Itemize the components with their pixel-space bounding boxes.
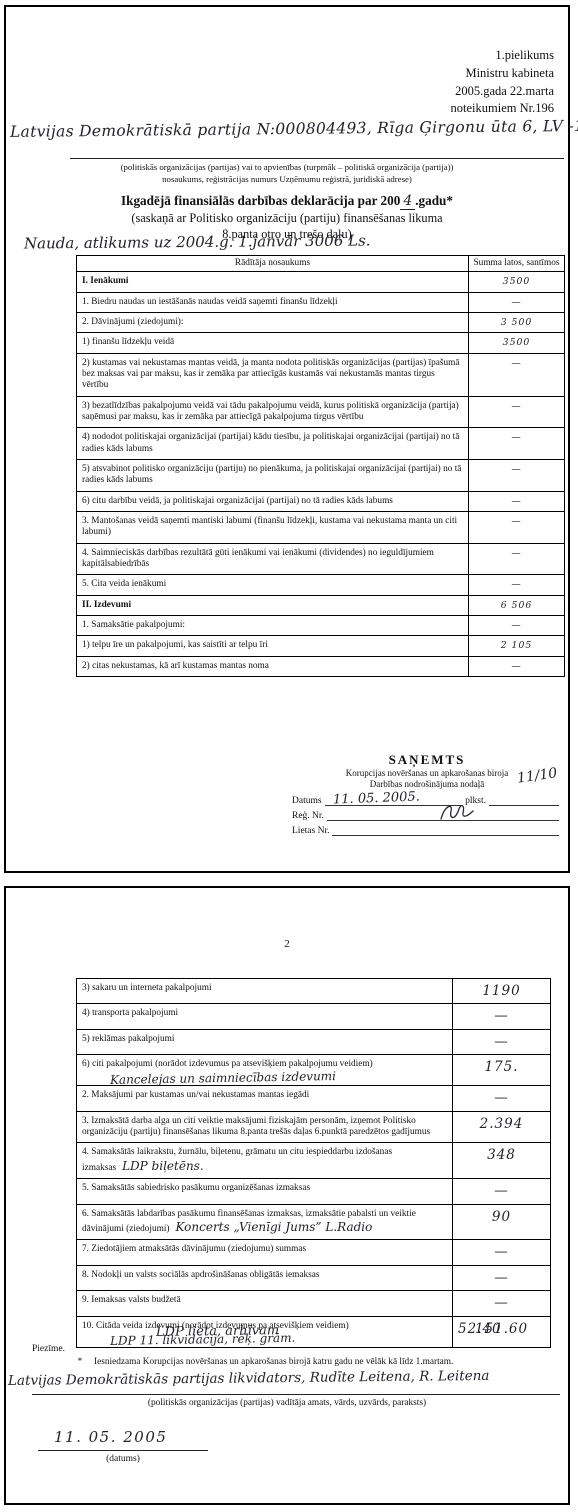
row-value-handwritten: 6 506: [469, 595, 565, 615]
stamp-reg-label: Reģ. Nr.: [292, 811, 324, 821]
footnote: *Iesniedzama Korupcijas novēršanas un ap…: [66, 1357, 548, 1367]
table-row: 1. Biedru naudas un iestāšanās naudas ve…: [77, 292, 565, 312]
row-label: 9. Iemaksas valsts budžetā: [77, 1291, 453, 1316]
table-row: 4. Saimnieciskās darbības rezultātā gūti…: [77, 543, 565, 575]
row-label: 4. Samaksātās laikrakstu, žurnālu, biļet…: [77, 1143, 453, 1179]
table-row: 5. Samaksātās sabiedrisko pasākumu organ…: [77, 1179, 551, 1204]
row-value-handwritten: —: [453, 1029, 551, 1054]
row-label: 5) reklāmas pakalpojumi: [77, 1029, 453, 1054]
stamp-title: SAŅEMTS: [292, 752, 562, 768]
table-row: 1) finanšu līdzekļu veidā3500: [77, 333, 565, 353]
row-value-handwritten: —: [469, 396, 565, 428]
row-value-handwritten: 3500: [469, 272, 565, 292]
table-row: 2. Dāvinājumi (ziedojumi):3 500: [77, 312, 565, 332]
row-value-handwritten: —: [453, 1265, 551, 1290]
row-note-handwritten: Kancelejas un saimniecības izdevumi: [110, 1067, 447, 1088]
table-row: 4. Samaksātās laikrakstu, žurnālu, biļet…: [77, 1143, 551, 1179]
declaration-page-1: 1.pielikums Ministru kabineta 2005.gada …: [4, 5, 570, 873]
table-row: 4) transporta pakalpojumi—: [77, 1004, 551, 1029]
table-row: 4) nododot politiskajai organizācijai (p…: [77, 428, 565, 460]
org-field-caption: (politiskās organizācijas (partijas) vai…: [6, 162, 568, 173]
row-label: 8. Nodokļi un valsts sociālās apdrošināš…: [77, 1265, 453, 1290]
table-row: 1. Samaksātie pakalpojumi:—: [77, 615, 565, 635]
signature-underline: [32, 1394, 560, 1395]
row-value-handwritten: —: [469, 459, 565, 491]
signature-squiggle-icon: [437, 801, 477, 823]
header-line: Ministru kabineta: [451, 65, 554, 83]
regulation-reference: 1.pielikums Ministru kabineta 2005.gada …: [451, 47, 554, 118]
table-row: 3) bezatlīdzības pakalpojumu veidā vai t…: [77, 396, 565, 428]
row-label: 6. Samaksātās labdarības pasākumu finans…: [77, 1204, 453, 1240]
row-label: 1) finanšu līdzekļu veidā: [77, 333, 469, 353]
table-row: 5) atsvabinot politisko organizāciju (pa…: [77, 459, 565, 491]
row-label: I. Ienākumi: [77, 272, 469, 292]
row-note-handwritten: Koncerts „Vienīgi Jums” L.Radio: [176, 1220, 373, 1234]
row-value-handwritten: —: [453, 1004, 551, 1029]
date-caption: (datums): [38, 1454, 208, 1464]
header-line: 1.pielikums: [451, 47, 554, 65]
stamp-date-label: Datums: [292, 796, 322, 806]
row-value-handwritten: —: [469, 428, 565, 460]
row-value-handwritten: —: [469, 511, 565, 543]
declaration-table-page1: Rādītāja nosaukums Summa latos, santīmos…: [76, 255, 565, 677]
stamp-date-handwritten: 11. 05. 2005.: [332, 789, 419, 807]
declaration-subtitle: (saskaņā ar Politisko organizāciju (part…: [6, 211, 568, 226]
row-label: 2) kustamas vai nekustamas mantas veidā,…: [77, 353, 469, 396]
org-name-handwritten: Latvijas Demokrātiskā partija N:00080449…: [10, 117, 568, 141]
row-label: 1. Samaksātie pakalpojumi:: [77, 615, 469, 635]
signature-handwritten: Latvijas Demokrātiskās partijas likvidat…: [8, 1367, 570, 1389]
received-stamp: SAŅEMTS Korupcijas novēršanas un apkaroš…: [292, 752, 562, 836]
header-line: 2005.gada 22.marta: [451, 83, 554, 101]
row-value-handwritten: —: [453, 1291, 551, 1316]
row-label: 1. Biedru naudas un iestāšanās naudas ve…: [77, 292, 469, 312]
table-row: 3. Izmaksātā darba alga un citi veiktie …: [77, 1111, 551, 1143]
extra-expense-note-handwritten: LDP lieta, arhīvam: [156, 1323, 279, 1340]
row-label: 5. Cita veida ienākumi: [77, 575, 469, 595]
signature-caption: (politiskās organizācijas (partijas) vad…: [6, 1398, 568, 1408]
table-row: 3) sakaru un interneta pakalpojumi1190: [77, 979, 551, 1004]
row-label: 4. Saimnieciskās darbības rezultātā gūti…: [77, 543, 469, 575]
stamp-reg-line: [327, 809, 559, 821]
table-row: 2) kustamas vai nekustamas mantas veidā,…: [77, 353, 565, 396]
stamp-reg-field: Reģ. Nr.: [292, 809, 562, 821]
row-label: 7. Ziedotājiem atmaksātās dāvinājumu (zi…: [77, 1240, 453, 1265]
row-label: 4) nododot politiskajai organizācijai (p…: [77, 428, 469, 460]
row-label: II. Izdevumi: [77, 595, 469, 615]
row-note-handwritten: LDP biļetēns.: [122, 1159, 204, 1173]
table-row: 6) citi pakalpojumi (norādot izdevumus p…: [77, 1055, 551, 1086]
stamp-date-field: Datums 11. 05. 2005. plkst. 11/10: [292, 794, 562, 806]
table-row: I. Ienākumi3500: [77, 272, 565, 292]
row-value-handwritten: —: [453, 1086, 551, 1111]
row-value-handwritten: 3500: [469, 333, 565, 353]
title-text: .gadu*: [415, 193, 453, 208]
org-name-underline: [70, 158, 564, 159]
declaration-table-page2: 3) sakaru un interneta pakalpojumi1190 4…: [76, 978, 551, 1348]
row-value-handwritten: —: [469, 292, 565, 312]
stamp-case-field: Lietas Nr.: [292, 824, 562, 836]
row-value-handwritten: —: [469, 615, 565, 635]
table-row: 3. Mantošanas veidā saņemti mantiski lab…: [77, 511, 565, 543]
row-value-handwritten: 90: [453, 1204, 551, 1240]
declaration-title: Ikgadējā finansiālās darbības deklarācij…: [6, 193, 568, 209]
footnote-asterisk: *: [66, 1357, 94, 1367]
table-row: 8. Nodokļi un valsts sociālās apdrošināš…: [77, 1265, 551, 1290]
row-value-handwritten: 348: [453, 1143, 551, 1179]
row-label: 2. Dāvinājumi (ziedojumi):: [77, 312, 469, 332]
page-number: 2: [6, 938, 568, 950]
column-header-sum: Summa latos, santīmos: [469, 256, 565, 272]
row-value-handwritten: 2 105: [469, 636, 565, 656]
header-line: noteikumiem Nr.196: [451, 100, 554, 118]
stamp-case-label: Lietas Nr.: [292, 826, 329, 836]
row-value-handwritten: —: [453, 1179, 551, 1204]
extra-expense-value-handwritten: 52.40: [458, 1321, 502, 1337]
table-row: 1) telpu īre un pakalpojumi, kas saistīt…: [77, 636, 565, 656]
row-label: 4) transporta pakalpojumi: [77, 1004, 453, 1029]
row-value-handwritten: —: [453, 1240, 551, 1265]
row-label: 5. Samaksātās sabiedrisko pasākumu organ…: [77, 1179, 453, 1204]
table-row: 2. Maksājumi par kustamas un/vai nekusta…: [77, 1086, 551, 1111]
row-value-handwritten: —: [469, 656, 565, 676]
row-label: 3) sakaru un interneta pakalpojumi: [77, 979, 453, 1004]
row-value-handwritten: —: [469, 353, 565, 396]
row-value-handwritten: 3 500: [469, 312, 565, 332]
row-label: 2) citas nekustamas, kā arī kustamas man…: [77, 656, 469, 676]
column-header-indicator: Rādītāja nosaukums: [77, 256, 469, 272]
row-label: 1) telpu īre un pakalpojumi, kas saistīt…: [77, 636, 469, 656]
row-value-handwritten: 175.: [453, 1055, 551, 1086]
table-row: 5. Cita veida ienākumi—: [77, 575, 565, 595]
table-row: 7. Ziedotājiem atmaksātās dāvinājumu (zi…: [77, 1240, 551, 1265]
table-row: 6. Samaksātās labdarības pasākumu finans…: [77, 1204, 551, 1240]
org-field-caption: nosaukums, reģistrācijas numurs Uzņēmumu…: [6, 174, 568, 185]
date-underline: [38, 1450, 208, 1451]
date-handwritten: 11. 05. 2005: [54, 1428, 167, 1446]
cash-balance-note-handwritten: Nauda, atlikums uz 2004.g. 1.janvār 3006…: [24, 231, 371, 252]
row-label: 3) bezatlīdzības pakalpojumu veidā vai t…: [77, 396, 469, 428]
row-label: 3. Mantošanas veidā saņemti mantiski lab…: [77, 511, 469, 543]
declaration-page-2: 2 3) sakaru un interneta pakalpojumi1190…: [4, 886, 570, 1505]
footnote-text: Iesniedzama Korupcijas novēršanas un apk…: [94, 1357, 453, 1367]
row-value-handwritten: —: [469, 543, 565, 575]
note-label: Piezīme.: [32, 1344, 65, 1354]
table-row: II. Izdevumi6 506: [77, 595, 565, 615]
table-row: 2) citas nekustamas, kā arī kustamas man…: [77, 656, 565, 676]
title-text: Ikgadējā finansiālās darbības deklarācij…: [121, 193, 400, 208]
row-label: 2. Maksājumi par kustamas un/vai nekusta…: [77, 1086, 453, 1111]
stamp-time-line: 11/10: [489, 794, 559, 806]
row-label: 5) atsvabinot politisko organizāciju (pa…: [77, 459, 469, 491]
table-row: 9. Iemaksas valsts budžetā—: [77, 1291, 551, 1316]
stamp-case-line: [332, 824, 559, 836]
year-handwritten: 4: [400, 193, 415, 210]
row-value-handwritten: —: [469, 491, 565, 511]
table-row: 6) citu darbību veidā, ja politiskajai o…: [77, 491, 565, 511]
row-label: 6) citu darbību veidā, ja politiskajai o…: [77, 491, 469, 511]
row-value-handwritten: 2.394: [453, 1111, 551, 1143]
row-value-handwritten: 1190: [453, 979, 551, 1004]
table-row: 5) reklāmas pakalpojumi—: [77, 1029, 551, 1054]
table-header-row: Rādītāja nosaukums Summa latos, santīmos: [77, 256, 565, 272]
row-label: 6) citi pakalpojumi (norādot izdevumus p…: [77, 1055, 453, 1086]
row-label: 3. Izmaksātā darba alga un citi veiktie …: [77, 1111, 453, 1143]
row-value-handwritten: —: [469, 575, 565, 595]
